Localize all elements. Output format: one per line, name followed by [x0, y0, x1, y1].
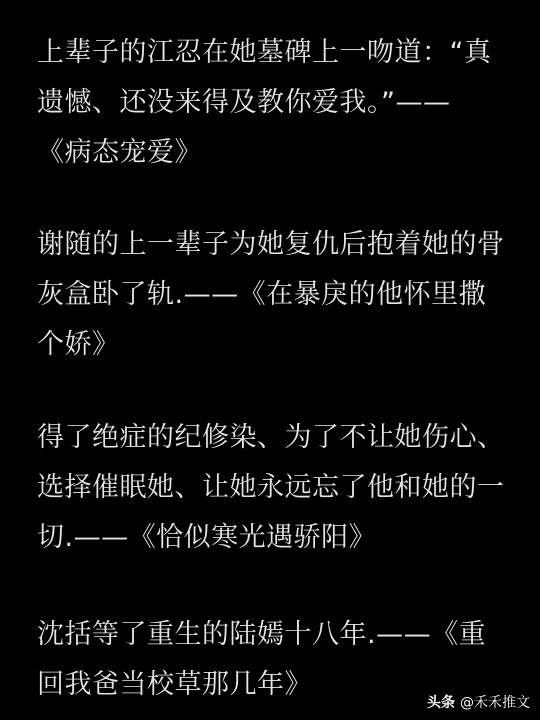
paragraph-3: 得了绝症的纪修染、为了不让她伤心、 选择催眠她、让她永远忘了他和她的一 切.——… — [37, 413, 517, 563]
watermark-brand: 头条 — [427, 692, 455, 712]
paragraph-2: 谢随的上一辈子为她复仇后抱着她的骨 灰盒卧了轨.——《在暴戾的他怀里撒 个娇》 — [37, 220, 517, 370]
paragraph-line: 沈括等了重生的陆嫣十八年.——《重 — [37, 610, 517, 660]
paragraph-line: 得了绝症的纪修染、为了不让她伤心、 — [37, 413, 517, 463]
paragraph-line: 灰盒卧了轨.——《在暴戾的他怀里撒 — [37, 270, 517, 320]
paragraph-1: 上辈子的江忍在她墓碑上一吻道：“真 遗憾、还没来得及教你爱我。”—— 《病态宠爱… — [37, 28, 517, 178]
paragraph-line: 切.——《恰似寒光遇骄阳》 — [37, 513, 517, 563]
watermark-handle: @禾禾推文 — [460, 692, 530, 712]
paragraph-line: 个娇》 — [37, 320, 517, 370]
watermark: 头条 @禾禾推文 — [427, 692, 530, 712]
paragraph-line: 遗憾、还没来得及教你爱我。”—— — [37, 78, 517, 128]
paragraph-line: 选择催眠她、让她永远忘了他和她的一 — [37, 463, 517, 513]
paragraph-line: 《病态宠爱》 — [37, 128, 517, 178]
paragraph-line: 上辈子的江忍在她墓碑上一吻道：“真 — [37, 28, 517, 78]
paragraph-line: 谢随的上一辈子为她复仇后抱着她的骨 — [37, 220, 517, 270]
